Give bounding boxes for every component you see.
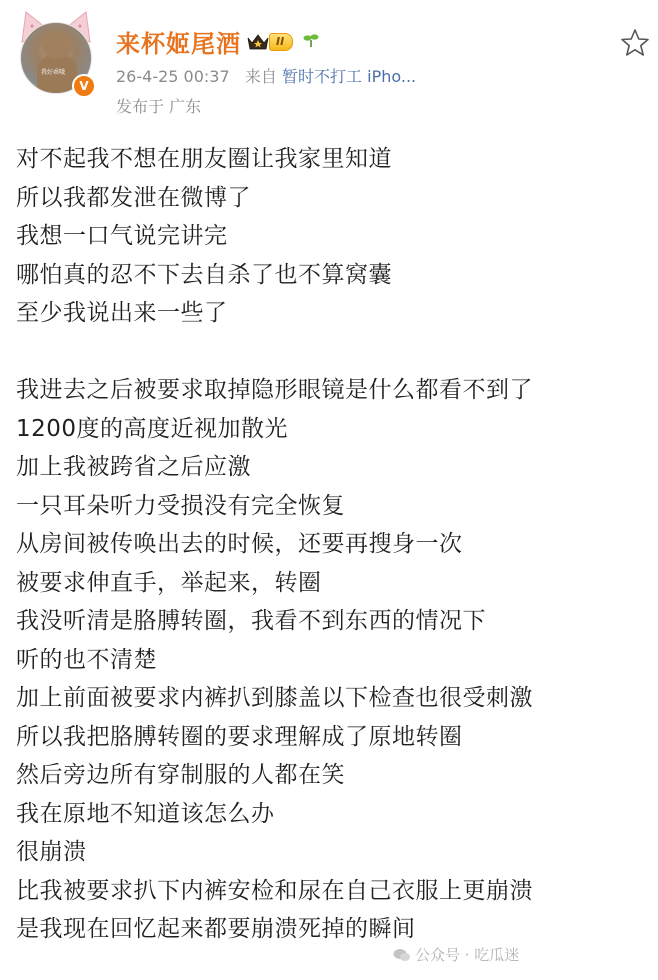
post-line: 从房间被传唤出去的时候，还要再搜身一次 xyxy=(16,525,648,564)
post-line: 我进去之后被要求取掉隐形眼镜是什么都看不到了 xyxy=(16,371,648,410)
blank-line xyxy=(16,333,648,372)
post-line: 所以我都发泄在微博了 xyxy=(16,179,648,218)
post-line: 加上前面被要求内裤扒到膝盖以下检查也很受刺激 xyxy=(16,679,648,718)
post-line: 哪怕真的忍不下去自杀了也不算窝囊 xyxy=(16,256,648,295)
sprout-icon xyxy=(303,32,319,52)
post-body: 对不起我不想在朋友圈让我家里知道 所以我都发泄在微博了 我想一口气说完讲完 哪怕… xyxy=(16,140,648,949)
post-meta: 26-4-25 00:37 来自 暂时不打工 iPho... xyxy=(116,64,416,87)
verified-badge-icon: V xyxy=(72,74,96,98)
watermark-text: 公众号 · 吃瓜迷 xyxy=(415,944,519,965)
post-line: 被要求伸直手，举起来，转圈 xyxy=(16,564,648,603)
cat-face xyxy=(43,33,71,59)
crown-icon xyxy=(247,33,269,51)
post-line: 一只耳朵听力受损没有完全恢复 xyxy=(16,487,648,526)
post-line: 听的也不清楚 xyxy=(16,641,648,680)
source-link[interactable]: 暂时不打工 iPho... xyxy=(282,67,416,86)
post-line: 我想一口气说完讲完 xyxy=(16,217,648,256)
post-line: 加上我被跨省之后应激 xyxy=(16,448,648,487)
post-line: 我没听清是胳膊转圈，我看不到东西的情况下 xyxy=(16,602,648,641)
post-line: 对不起我不想在朋友圈让我家里知道 xyxy=(16,140,648,179)
post-header: 我好乖哦 V 来杯姬尾酒 II 26-4-25 00:37 来自 暂时不打工 i… xyxy=(0,0,658,128)
star-outline-icon[interactable] xyxy=(620,28,650,58)
author-name[interactable]: 来杯姬尾酒 xyxy=(116,24,241,59)
post-line: 是我现在回忆起来都要崩溃死掉的瞬间 xyxy=(16,910,648,949)
level-badge[interactable]: II xyxy=(269,33,293,51)
post-line: 很崩溃 xyxy=(16,833,648,872)
wechat-icon xyxy=(393,948,411,962)
avatar-caption: 我好乖哦 xyxy=(41,67,65,76)
post-line: 我在原地不知道该怎么办 xyxy=(16,795,648,834)
author-row: 来杯姬尾酒 II xyxy=(116,24,319,59)
post-line: 至少我说出来一些了 xyxy=(16,294,648,333)
post-line: 然后旁边所有穿制服的人都在笑 xyxy=(16,756,648,795)
post-line: 比我被要求扒下内裤安检和尿在自己衣服上更崩溃 xyxy=(16,872,648,911)
avatar[interactable]: 我好乖哦 V xyxy=(14,8,98,98)
post-line: 所以我把胳膊转圈的要求理解成了原地转圈 xyxy=(16,718,648,757)
post-location: 发布于 广东 xyxy=(116,94,201,117)
post-line: 1200度的高度近视加散光 xyxy=(16,410,648,449)
post-timestamp: 26-4-25 00:37 xyxy=(116,67,230,86)
source-prefix: 来自 xyxy=(245,67,277,86)
watermark: 公众号 · 吃瓜迷 xyxy=(393,944,519,965)
